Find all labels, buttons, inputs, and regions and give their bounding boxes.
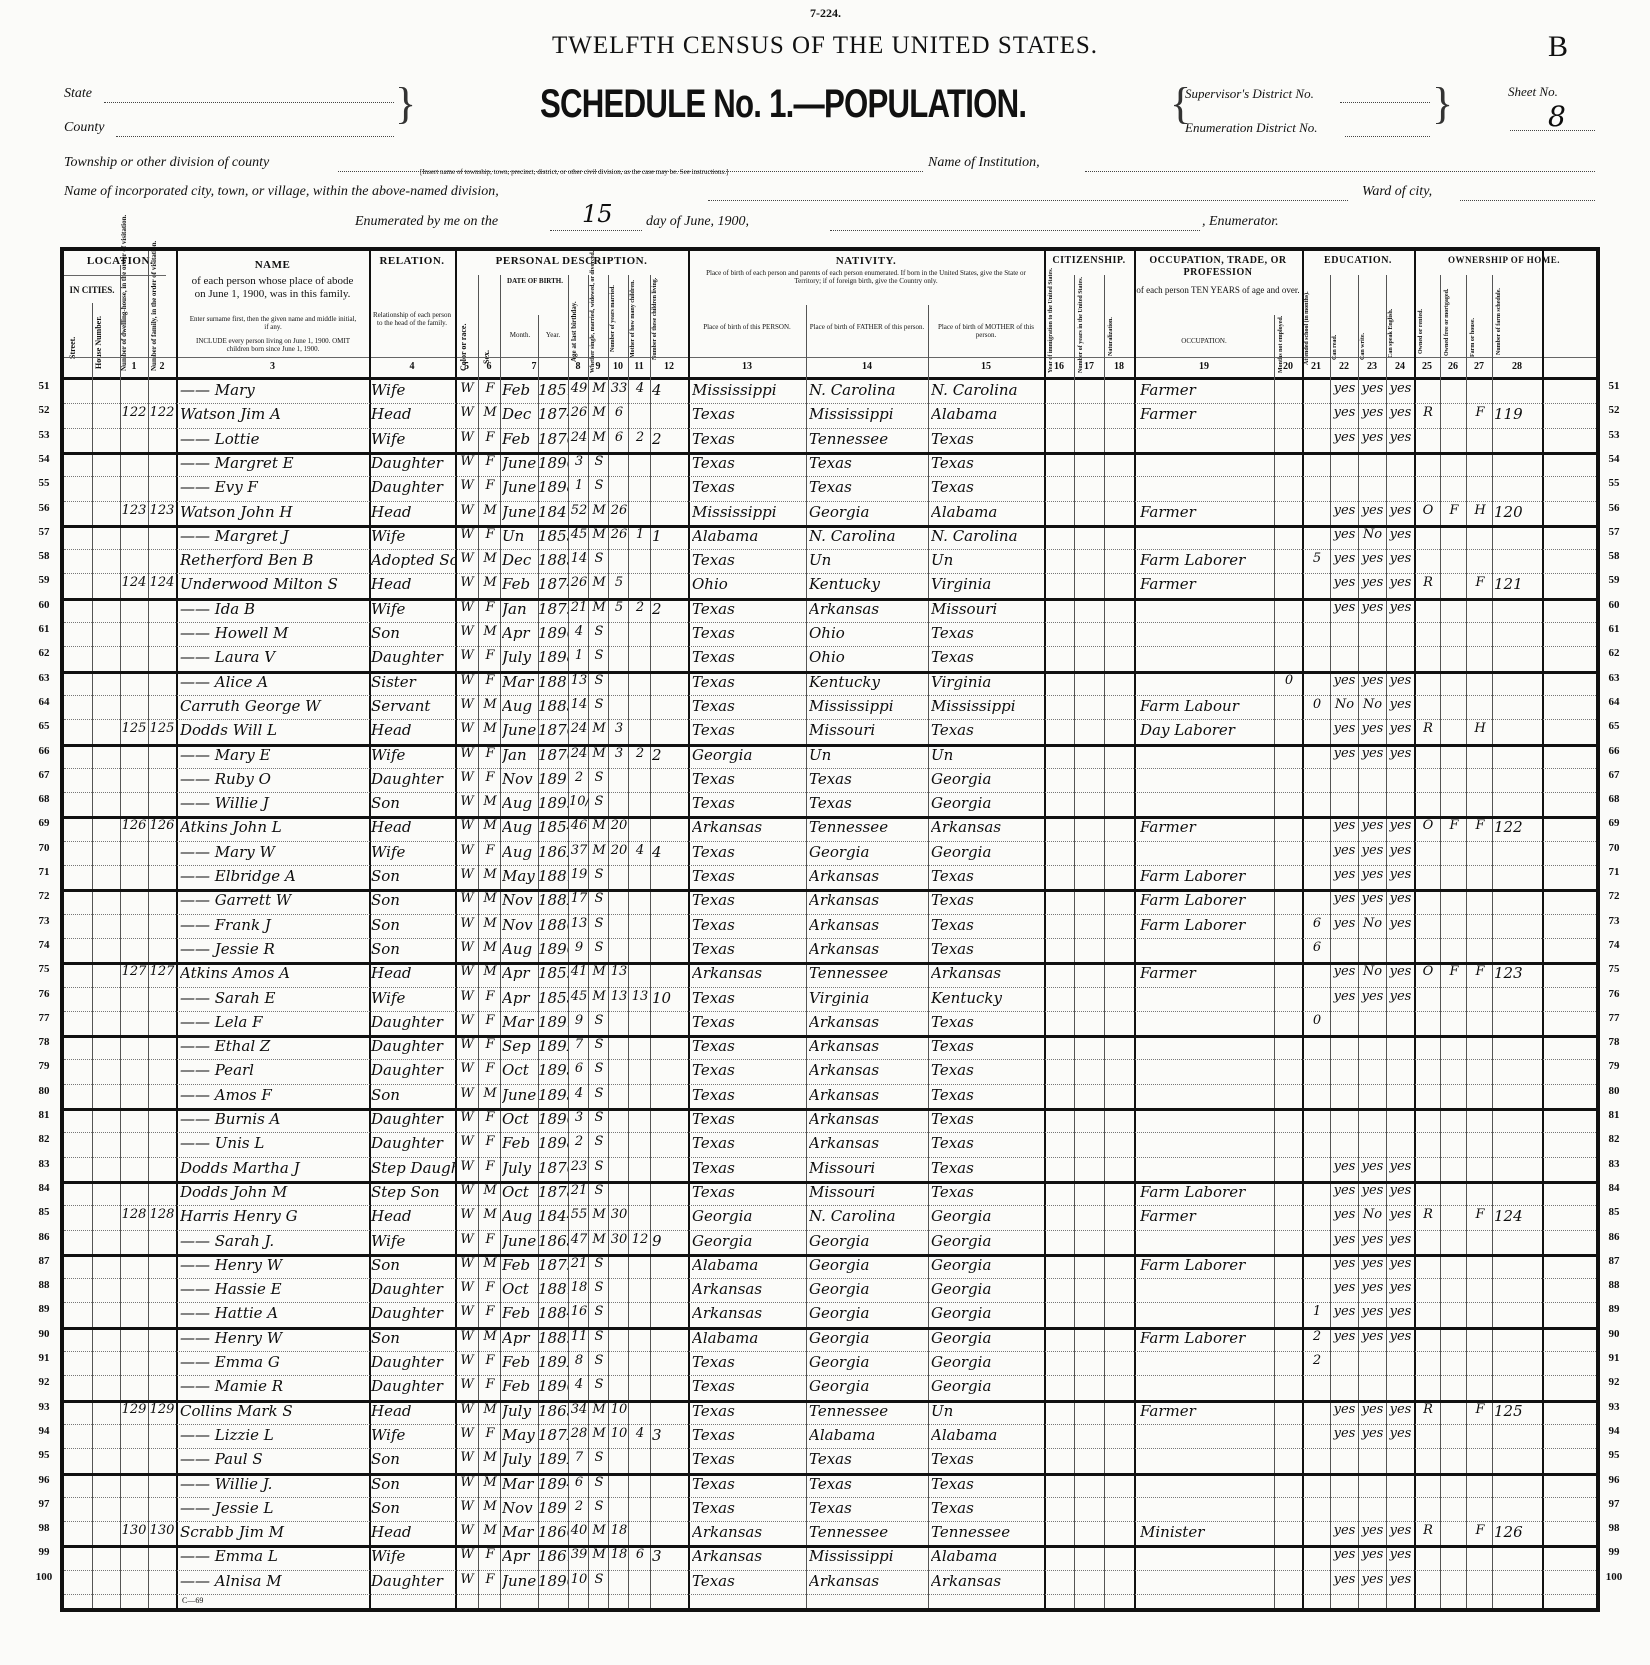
cell-sex: F	[480, 1572, 500, 1587]
cell-marital-status: S	[589, 1280, 609, 1295]
cell-marital-status: S	[589, 1183, 609, 1198]
cell-attended-school: 0	[1304, 1013, 1330, 1028]
line-number: 64	[1604, 696, 1624, 708]
sheet-number-label: Sheet No.	[1508, 84, 1558, 100]
cell-birthplace-father: Arkansas	[809, 1572, 927, 1590]
cell-birth-month: June	[502, 1572, 538, 1590]
cell-birth-year: 1895	[538, 1086, 568, 1104]
state-field[interactable]	[104, 88, 394, 103]
cell-sex: M	[480, 405, 500, 420]
cell-birthplace-person: Georgia	[692, 1207, 806, 1225]
cell-birth-month: Nov	[502, 891, 538, 909]
cell-birth-year: 1892	[538, 1450, 568, 1468]
cell-relation: Daughter	[371, 1353, 455, 1371]
cell-relation: Son	[371, 891, 455, 909]
cell-birthplace-mother: Un	[931, 551, 1043, 569]
cell-relation: Son	[371, 1256, 455, 1274]
cell-age: 11	[569, 1329, 589, 1344]
cell-birthplace-father: Georgia	[809, 1232, 927, 1250]
cell-birthplace-mother: Texas	[931, 430, 1043, 448]
cell-years-married: 20	[609, 818, 629, 833]
county-label: County	[64, 120, 104, 136]
cell-birthplace-person: Texas	[692, 1013, 806, 1031]
col-occupation: OCCUPATION.	[1134, 337, 1274, 345]
column-number: 7	[500, 361, 568, 372]
ward-field[interactable]	[1460, 186, 1595, 201]
cell-farm-schedule-number: 125	[1494, 1402, 1542, 1420]
cell-sex: M	[480, 697, 500, 712]
cell-sex: M	[480, 1450, 500, 1465]
cell-birthplace-person: Texas	[692, 1183, 806, 1201]
cell-birthplace-person: Alabama	[692, 1256, 806, 1274]
column-number: 4	[369, 361, 455, 372]
cell-sex: F	[480, 1037, 500, 1052]
cell-birthplace-father: Missouri	[809, 1159, 927, 1177]
enumerator-field[interactable]	[830, 216, 1200, 231]
cell-years-married: 18	[609, 1547, 629, 1562]
cell-age: 52	[569, 503, 589, 518]
cell-birthplace-mother: Texas	[931, 916, 1043, 934]
cell-birth-year: 1855	[538, 989, 568, 1007]
cell-relation: Wife	[371, 430, 455, 448]
cell-years-married: 30	[609, 1232, 629, 1247]
cell-birthplace-person: Texas	[692, 1134, 806, 1152]
cell-marital-status: S	[589, 1134, 609, 1149]
table-row: —— Ruby ODaughterWFNov18972STexasTexasGe…	[64, 768, 1596, 790]
cell-sex: M	[480, 1256, 500, 1271]
cell-birthplace-mother: Texas	[931, 1475, 1043, 1493]
table-row: 127127Atkins Amos AHeadWMApr185941M13Ark…	[64, 962, 1596, 984]
cell-birth-year: 1898	[538, 1134, 568, 1152]
cell-birthplace-person: Texas	[692, 770, 806, 788]
cell-relation: Step Daughter	[371, 1159, 455, 1177]
cell-years-married: 30	[609, 1207, 629, 1222]
col-group-ownership: OWNERSHIP OF HOME.	[1414, 255, 1594, 265]
county-field[interactable]	[116, 122, 394, 137]
col-name-instr1: Enter surname first, then the given name…	[188, 315, 358, 331]
cell-person-name: —— Ida B	[180, 600, 370, 618]
brace-open: {	[1170, 78, 1191, 129]
line-number: 77	[34, 1012, 54, 1024]
line-number: 96	[1604, 1474, 1624, 1486]
cell-birth-year: 1894	[538, 1475, 568, 1493]
cell-can-read: yes	[1331, 867, 1358, 882]
column-number: 5	[455, 361, 478, 372]
cell-age: 14	[569, 551, 589, 566]
cell-age: 34	[569, 1402, 589, 1417]
cell-birthplace-mother: Georgia	[931, 794, 1043, 812]
col-month: Month.	[502, 331, 538, 339]
cell-birthplace-person: Texas	[692, 478, 806, 496]
column-number: 28	[1492, 361, 1542, 372]
cell-birthplace-person: Texas	[692, 697, 806, 715]
cell-birthplace-person: Texas	[692, 454, 806, 472]
cell-person-name: Atkins John L	[180, 818, 370, 836]
cell-birthplace-mother: N. Carolina	[931, 527, 1043, 545]
cell-marital-status: M	[589, 405, 609, 420]
cell-can-write: yes	[1359, 1304, 1386, 1319]
column-number: 18	[1104, 361, 1134, 372]
cell-birthplace-person: Arkansas	[692, 1280, 806, 1298]
cell-sex: M	[480, 1523, 500, 1538]
table-row: —— Hassie EDaughterWFOct188118SArkansasG…	[64, 1278, 1596, 1300]
line-number: 78	[1604, 1036, 1624, 1048]
cell-marital-status: M	[589, 600, 609, 615]
col-occupation-desc: of each person TEN YEARS of age and over…	[1136, 285, 1300, 295]
cell-sex: F	[480, 600, 500, 615]
column-number: 10	[608, 361, 628, 372]
cell-birthplace-father: Texas	[809, 1499, 927, 1517]
line-number: 67	[34, 769, 54, 781]
cell-birth-year: 1881	[538, 1280, 568, 1298]
cell-person-name: —— Ethal Z	[180, 1037, 370, 1055]
col-house-number: House Number.	[94, 311, 103, 373]
cell-person-name: Dodds Will L	[180, 721, 370, 739]
table-row: —— Ethal ZDaughterWFSep18927STexasArkans…	[64, 1035, 1596, 1057]
col-year: Year.	[538, 331, 568, 339]
cell-color: W	[457, 1013, 477, 1028]
table-row: —— PearlDaughterWFOct18936STexasArkansas…	[64, 1059, 1596, 1081]
cell-occupation: Farmer	[1140, 503, 1274, 521]
cell-can-speak-english: yes	[1387, 1402, 1414, 1417]
cell-sex: M	[480, 940, 500, 955]
cell-age: 6	[569, 1061, 589, 1076]
cell-marital-status: M	[589, 381, 609, 396]
cell-person-name: Harris Henry G	[180, 1207, 370, 1225]
cell-marital-status: S	[589, 1450, 609, 1465]
cell-birth-month: Nov	[502, 1499, 538, 1517]
table-row: —— Frank JSonWMNov188613STexasArkansasTe…	[64, 914, 1596, 936]
cell-color: W	[457, 1329, 477, 1344]
line-number: 91	[1604, 1352, 1624, 1364]
cell-mother-of-children: 2	[629, 746, 651, 761]
cell-can-speak-english: yes	[1387, 721, 1414, 736]
cell-can-speak-english: yes	[1387, 503, 1414, 518]
line-number: 82	[34, 1133, 54, 1145]
cell-color: W	[457, 1280, 477, 1295]
township-label: Township or other division of county	[64, 155, 269, 171]
cell-can-write: yes	[1359, 600, 1386, 615]
cell-person-name: —— Mary	[180, 381, 370, 399]
cell-birthplace-person: Texas	[692, 648, 806, 666]
cell-sex: M	[480, 964, 500, 979]
cell-birthplace-person: Arkansas	[692, 1304, 806, 1322]
cell-family-number: 125	[148, 721, 176, 736]
cell-birthplace-person: Texas	[692, 843, 806, 861]
state-label: State	[64, 86, 92, 102]
line-number: 68	[1604, 793, 1624, 805]
cell-sex: M	[480, 891, 500, 906]
cell-mother-of-children: 4	[629, 1426, 651, 1441]
cell-color: W	[457, 891, 477, 906]
cell-sex: M	[480, 551, 500, 566]
table-row: Dodds Martha JStep DaughterWFJuly187623S…	[64, 1157, 1596, 1179]
table-row: —— Amos FSonWMJune18954STexasArkansasTex…	[64, 1084, 1596, 1106]
table-row: 128128Harris Henry GHeadWMAug184455M30Ge…	[64, 1205, 1596, 1227]
line-number: 89	[1604, 1303, 1624, 1315]
cell-age: 45	[569, 989, 589, 1004]
cell-sex: F	[480, 989, 500, 1004]
cell-birthplace-father: Georgia	[809, 843, 927, 861]
cell-person-name: —— Emma G	[180, 1353, 370, 1371]
column-number: 22	[1330, 361, 1358, 372]
cell-can-read: yes	[1331, 1280, 1358, 1295]
line-number: 54	[1604, 453, 1624, 465]
enumeration-district-field[interactable]	[1345, 122, 1430, 137]
cell-farm-house: F	[1468, 575, 1492, 590]
cell-months-unemployed: 0	[1276, 673, 1302, 688]
cell-marital-status: M	[589, 1523, 609, 1538]
cell-marital-status: S	[589, 794, 609, 809]
col-pob-father: Place of birth of FATHER of this person.	[806, 323, 928, 331]
cell-birth-year: 1892	[538, 1353, 568, 1371]
cell-marital-status: M	[589, 746, 609, 761]
cell-color: W	[457, 503, 477, 518]
cell-birth-year: 1889	[538, 1329, 568, 1347]
cell-person-name: —— Willie J.	[180, 1475, 370, 1493]
table-row: 123123Watson John HHeadWMJune184752M26Mi…	[64, 501, 1596, 523]
line-number: 62	[1604, 647, 1624, 659]
cell-birthplace-person: Texas	[692, 891, 806, 909]
cell-color: W	[457, 1523, 477, 1538]
cell-birthplace-person: Georgia	[692, 746, 806, 764]
cell-sex: M	[480, 624, 500, 639]
cell-color: W	[457, 1061, 477, 1076]
cell-occupation: Farm Labour	[1140, 697, 1274, 715]
cell-sex: F	[480, 381, 500, 396]
enumeration-district-label: Enumeration District No.	[1185, 120, 1318, 136]
line-number: 82	[1604, 1133, 1624, 1145]
cell-birthplace-mother: Texas	[931, 1183, 1043, 1201]
line-number: 96	[34, 1474, 54, 1486]
cell-birthplace-person: Mississippi	[692, 381, 806, 399]
cell-birthplace-person: Texas	[692, 1353, 806, 1371]
line-number: 87	[1604, 1255, 1624, 1267]
cell-sex: F	[480, 1377, 500, 1392]
cell-color: W	[457, 1353, 477, 1368]
line-number: 85	[34, 1206, 54, 1218]
cell-person-name: —— Amos F	[180, 1086, 370, 1104]
cell-birthplace-mother: Un	[931, 746, 1043, 764]
city-field[interactable]	[708, 186, 1348, 201]
cell-birth-year: 1893	[538, 1061, 568, 1079]
cell-occupation: Day Laborer	[1140, 721, 1274, 739]
cell-birth-year: 1851	[538, 381, 568, 399]
col-name-title: NAME	[176, 259, 369, 272]
cell-birth-year: 1899	[538, 794, 568, 812]
census-title: TWELFTH CENSUS OF THE UNITED STATES.	[0, 32, 1650, 60]
cell-marital-status: S	[589, 1110, 609, 1125]
cell-sex: F	[480, 1547, 500, 1562]
cell-relation: Wife	[371, 746, 455, 764]
cell-person-name: —— Emma L	[180, 1547, 370, 1565]
cell-can-speak-english: yes	[1387, 1232, 1414, 1247]
cell-birthplace-person: Arkansas	[692, 964, 806, 982]
cell-relation: Head	[371, 405, 455, 423]
column-number: 15	[928, 361, 1044, 372]
cell-age: 45	[569, 527, 589, 542]
cell-can-read: No	[1331, 697, 1358, 712]
cell-birth-month: July	[502, 1402, 538, 1420]
col-name-instr2: INCLUDE every person living on June 1, 1…	[188, 337, 358, 353]
cell-birthplace-person: Arkansas	[692, 1523, 806, 1541]
city-label: Name of incorporated city, town, or vill…	[64, 184, 499, 200]
cell-birth-month: June	[502, 503, 538, 521]
table-row: —— Hattie ADaughterWFFeb188416SArkansasG…	[64, 1302, 1596, 1324]
line-number: 52	[34, 404, 54, 416]
cell-sex: F	[480, 478, 500, 493]
cell-marital-status: M	[589, 1207, 609, 1222]
cell-birthplace-person: Georgia	[692, 1232, 806, 1250]
cell-birth-month: Jan	[502, 600, 538, 618]
line-number: 100	[34, 1571, 54, 1583]
cell-owned-rented: R	[1416, 575, 1440, 590]
cell-marital-status: M	[589, 1232, 609, 1247]
cell-color: W	[457, 454, 477, 469]
cell-birthplace-mother: Georgia	[931, 1304, 1043, 1322]
cell-birth-month: Mar	[502, 1475, 538, 1493]
supervisor-district-field[interactable]	[1340, 88, 1430, 103]
cell-age: 23	[569, 1159, 589, 1174]
cell-relation: Sister	[371, 673, 455, 691]
cell-birthplace-mother: Texas	[931, 721, 1043, 739]
cell-color: W	[457, 770, 477, 785]
cell-birth-month: Dec	[502, 405, 538, 423]
cell-birthplace-mother: N. Carolina	[931, 381, 1043, 399]
line-number: 52	[1604, 404, 1624, 416]
cell-can-write: yes	[1359, 1426, 1386, 1441]
cell-birth-year: 1887	[538, 673, 568, 691]
line-number: 83	[34, 1158, 54, 1170]
cell-birth-month: Feb	[502, 1134, 538, 1152]
cell-birth-month: Feb	[502, 1256, 538, 1274]
cell-years-married: 26	[609, 503, 629, 518]
cell-can-read: yes	[1331, 381, 1358, 396]
cell-birth-month: Nov	[502, 916, 538, 934]
cell-birthplace-person: Texas	[692, 1450, 806, 1468]
cell-birth-month: Apr	[502, 989, 538, 1007]
cell-birth-year: 1897	[538, 770, 568, 788]
cell-sex: M	[480, 1402, 500, 1417]
cell-can-speak-english: yes	[1387, 1547, 1414, 1562]
cell-birthplace-mother: Texas	[931, 1110, 1043, 1128]
cell-birthplace-father: Tennessee	[809, 1402, 927, 1420]
cell-color: W	[457, 697, 477, 712]
cell-age: 46	[569, 818, 589, 833]
cell-birth-year: 1896	[538, 624, 568, 642]
cell-age: 4	[569, 1086, 589, 1101]
cell-sex: F	[480, 1353, 500, 1368]
cell-birthplace-father: Georgia	[809, 1256, 927, 1274]
cell-children-living: 4	[652, 843, 688, 861]
cell-can-read: yes	[1331, 1183, 1358, 1198]
cell-years-married: 10	[609, 1426, 629, 1441]
cell-years-married: 18	[609, 1523, 629, 1538]
cell-birth-month: Feb	[502, 1353, 538, 1371]
cell-marital-status: S	[589, 867, 609, 882]
cell-sex: F	[480, 1013, 500, 1028]
cell-dwelling-number: 128	[120, 1207, 148, 1222]
cell-marital-status: S	[589, 1353, 609, 1368]
cell-birthplace-father: Tennessee	[809, 818, 927, 836]
cell-sex: M	[480, 1499, 500, 1514]
cell-farm-schedule-number: 124	[1494, 1207, 1542, 1225]
institution-field[interactable]	[1085, 157, 1595, 172]
cell-birthplace-mother: Arkansas	[931, 964, 1043, 982]
col-relation-title: RELATION.	[369, 255, 455, 268]
cell-can-write: yes	[1359, 746, 1386, 761]
cell-color: W	[457, 405, 477, 420]
table-row: 130130Scrabb Jim MHeadWMMar186040M18Arka…	[64, 1521, 1596, 1543]
cell-birthplace-person: Texas	[692, 1086, 806, 1104]
cell-can-read: yes	[1331, 818, 1358, 833]
cell-birthplace-mother: Georgia	[931, 1256, 1043, 1274]
institution-label: Name of Institution,	[928, 155, 1040, 171]
cell-relation: Wife	[371, 527, 455, 545]
cell-can-speak-english: yes	[1387, 1159, 1414, 1174]
cell-birth-month: May	[502, 1426, 538, 1444]
cell-relation: Head	[371, 575, 455, 593]
cell-sex: M	[480, 867, 500, 882]
line-number: 58	[1604, 550, 1624, 562]
table-row: —— Evy FDaughterWFJune18981STexasTexasTe…	[64, 476, 1596, 498]
cell-person-name: —— Laura V	[180, 648, 370, 666]
cell-birthplace-person: Texas	[692, 600, 806, 618]
cell-age: 10/12	[569, 794, 589, 809]
cell-birthplace-mother: Virginia	[931, 575, 1043, 593]
line-number: 63	[34, 672, 54, 684]
table-row: —— LottieWifeWFFeb187624M622TexasTenness…	[64, 428, 1596, 450]
cell-birth-month: Mar	[502, 673, 538, 691]
line-number: 75	[34, 963, 54, 975]
cell-color: W	[457, 624, 477, 639]
column-number: 13	[688, 361, 806, 372]
cell-can-speak-english: yes	[1387, 1523, 1414, 1538]
table-row: —— Elbridge ASonWMMay188119STexasArkansa…	[64, 865, 1596, 887]
column-number: 20	[1274, 361, 1302, 372]
cell-color: W	[457, 1232, 477, 1247]
table-row: 122122Watson Jim AHeadWMDec187426M6Texas…	[64, 403, 1596, 425]
line-number: 74	[1604, 939, 1624, 951]
cell-person-name: —— Lizzie L	[180, 1426, 370, 1444]
line-number: 79	[34, 1060, 54, 1072]
cell-birthplace-mother: Texas	[931, 891, 1043, 909]
cell-can-read: yes	[1331, 721, 1358, 736]
cell-marital-status: M	[589, 527, 609, 542]
cell-person-name: —— Pearl	[180, 1061, 370, 1079]
col-family: Number of family, in the order of visita…	[150, 265, 158, 371]
cell-birth-month: Apr	[502, 964, 538, 982]
cell-birth-month: Feb	[502, 381, 538, 399]
enumerated-suffix: day of June, 1900,	[646, 214, 749, 230]
cell-birthplace-mother: Alabama	[931, 1547, 1043, 1565]
cell-birthplace-person: Texas	[692, 867, 806, 885]
cell-attended-school: 6	[1304, 916, 1330, 931]
cell-can-write: yes	[1359, 1256, 1386, 1271]
cell-relation: Wife	[371, 1547, 455, 1565]
line-number: 99	[1604, 1546, 1624, 1558]
line-number: 95	[34, 1449, 54, 1461]
cell-sex: F	[480, 1426, 500, 1441]
cell-birth-year: 1863	[538, 1232, 568, 1250]
cell-birthplace-mother: Texas	[931, 1013, 1043, 1031]
cell-farm-house: F	[1468, 964, 1492, 979]
column-number: 24	[1386, 361, 1414, 372]
cell-color: W	[457, 818, 477, 833]
line-number: 77	[1604, 1012, 1624, 1024]
cell-relation: Son	[371, 1450, 455, 1468]
cell-color: W	[457, 964, 477, 979]
